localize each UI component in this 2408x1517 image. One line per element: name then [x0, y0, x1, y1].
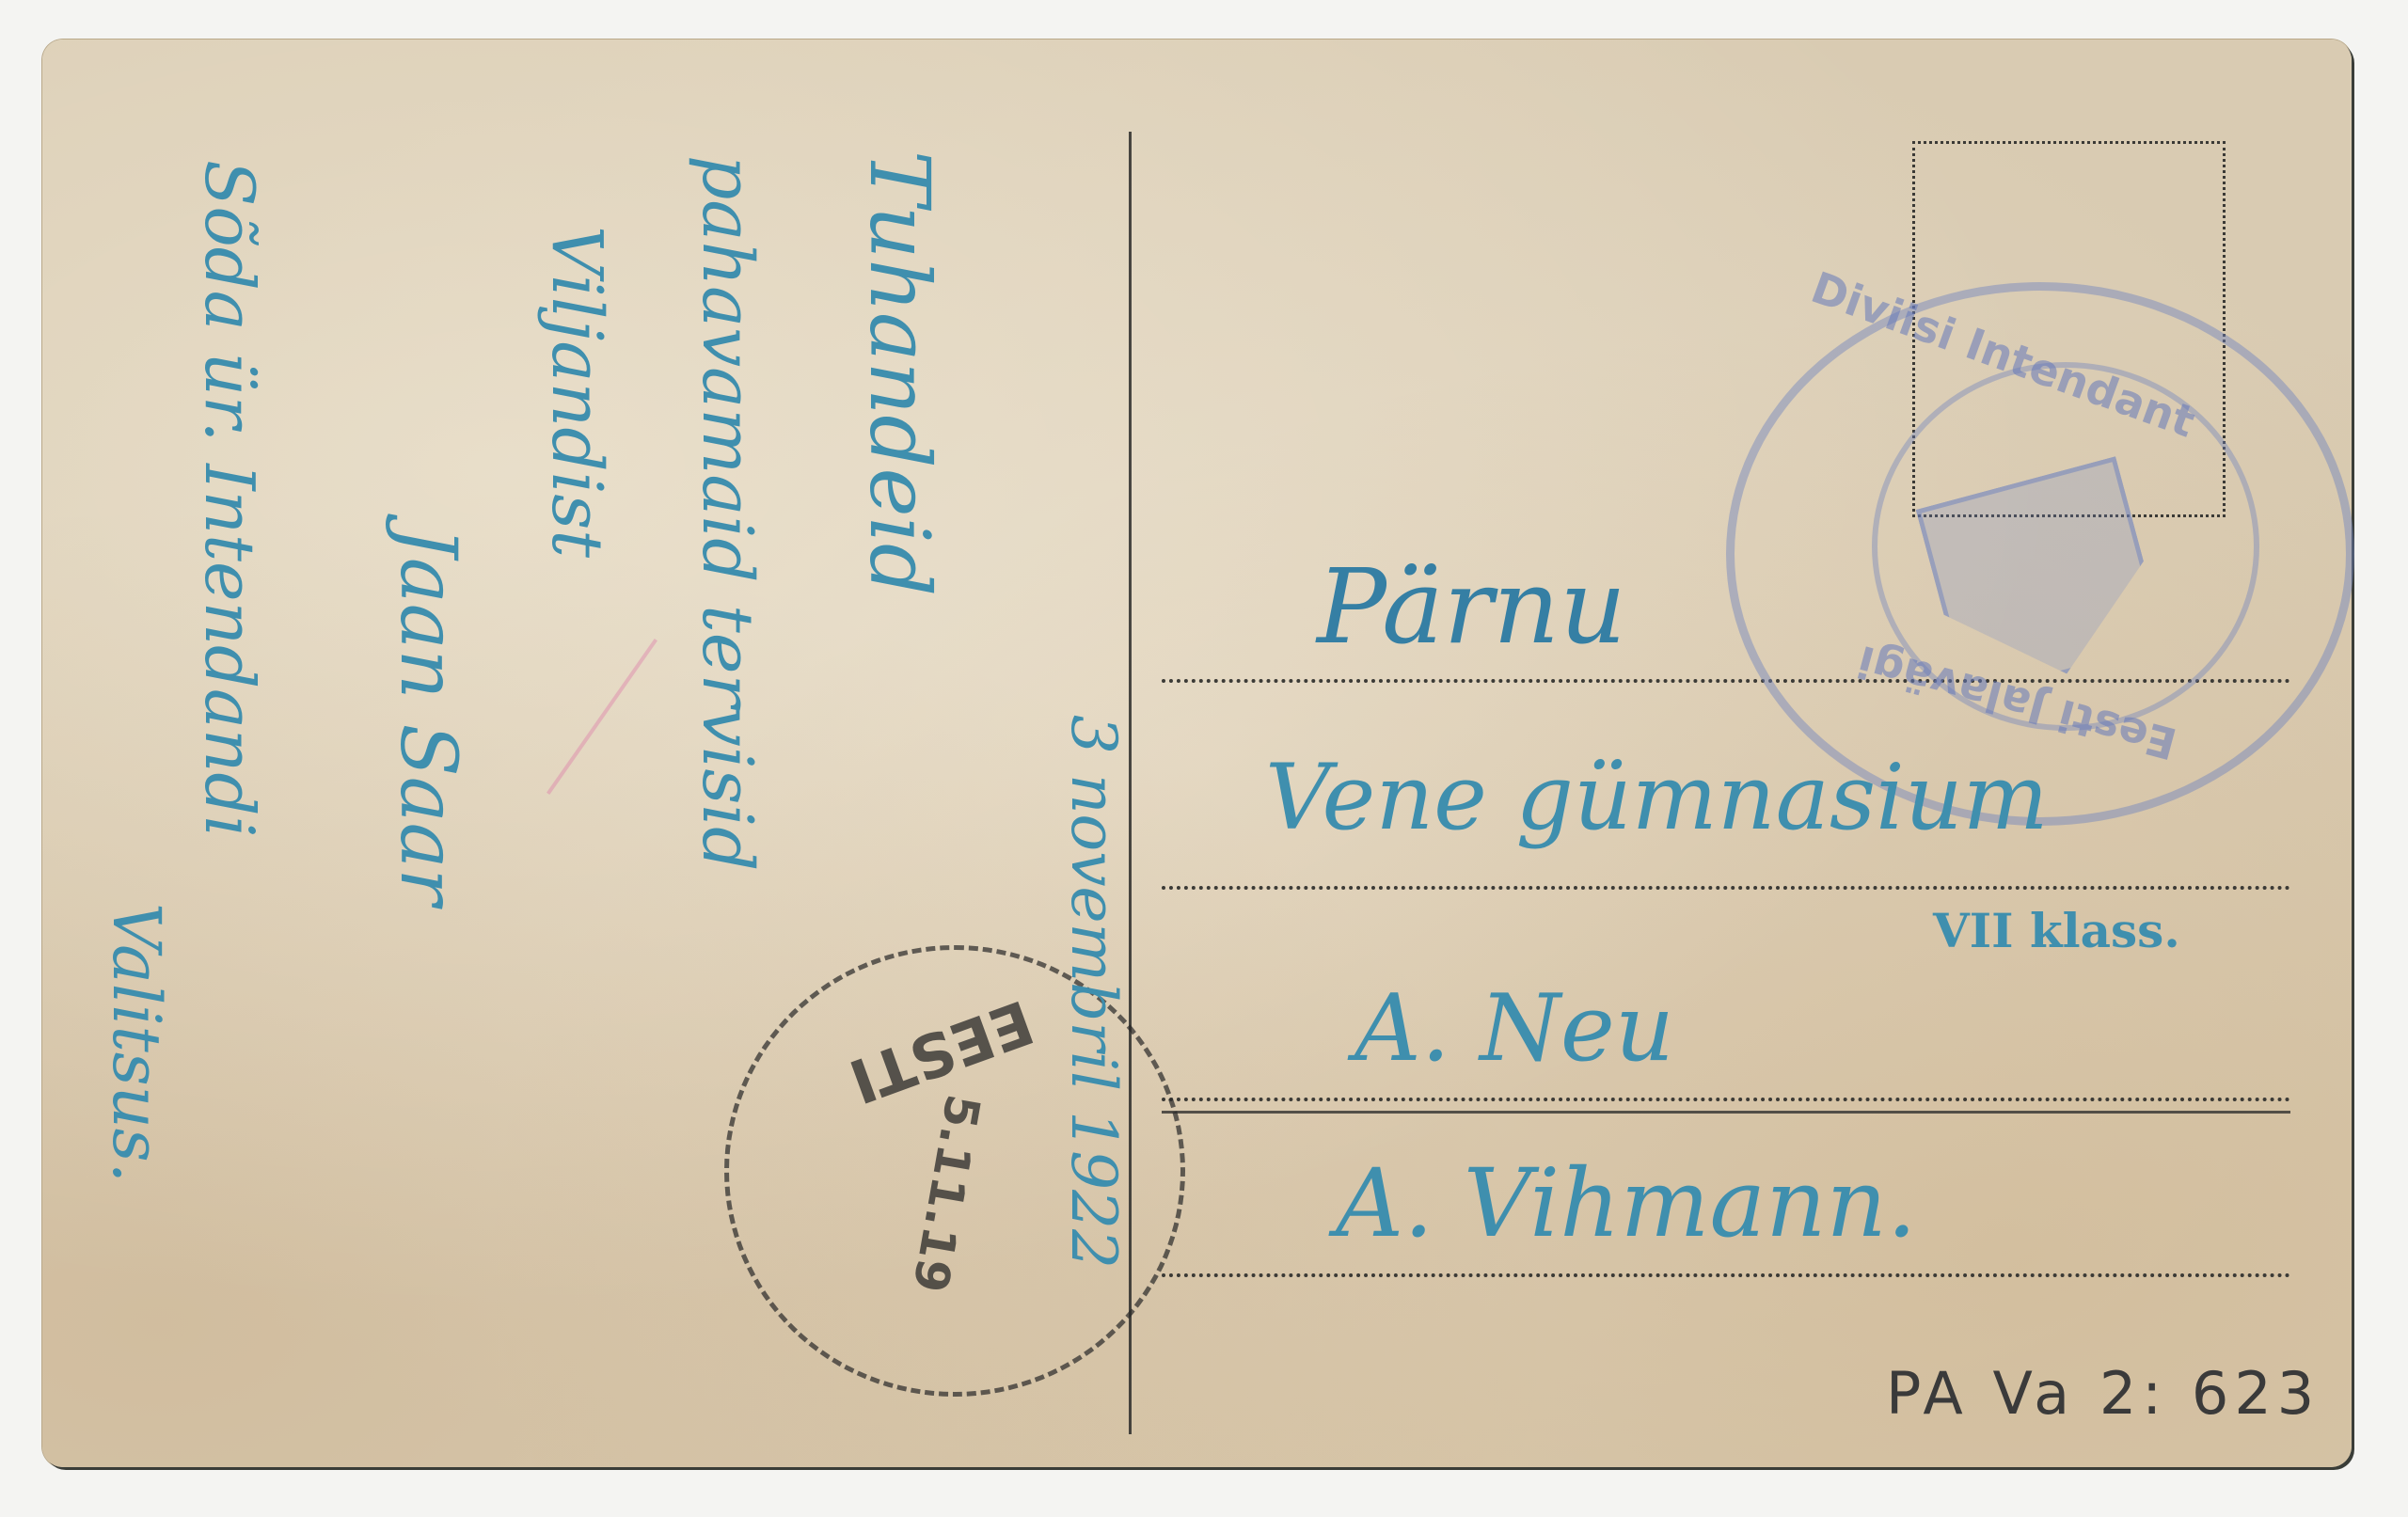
address-recipient-1: A. Neu: [1354, 983, 1674, 1075]
sender-line-1: Sõda ür. Intendandi: [196, 160, 263, 837]
address-line-3: [1162, 1098, 2290, 1101]
address-city: Pärnu: [1317, 555, 1626, 658]
message-date: 3 novembril 1922: [1062, 715, 1124, 1269]
message-signature: Jaan Saar: [388, 527, 466, 906]
archive-reference: PA Va 2: 623: [1886, 1359, 2320, 1428]
address-recipient-2: A. Vihmann.: [1336, 1157, 1917, 1251]
message-line-2: pahavamaid tervisid: [692, 155, 762, 871]
message-line-1: Tuhandeid: [858, 150, 941, 596]
address-line-4: [1162, 1273, 2290, 1277]
message-line-3: Viljandist: [542, 226, 611, 558]
address-class: VII klass.: [1933, 908, 2180, 955]
address-institution: Vene gümnasium: [1265, 752, 2049, 843]
address-line-2: [1162, 886, 2290, 890]
sender-line-2: Valitsus.: [103, 903, 169, 1183]
